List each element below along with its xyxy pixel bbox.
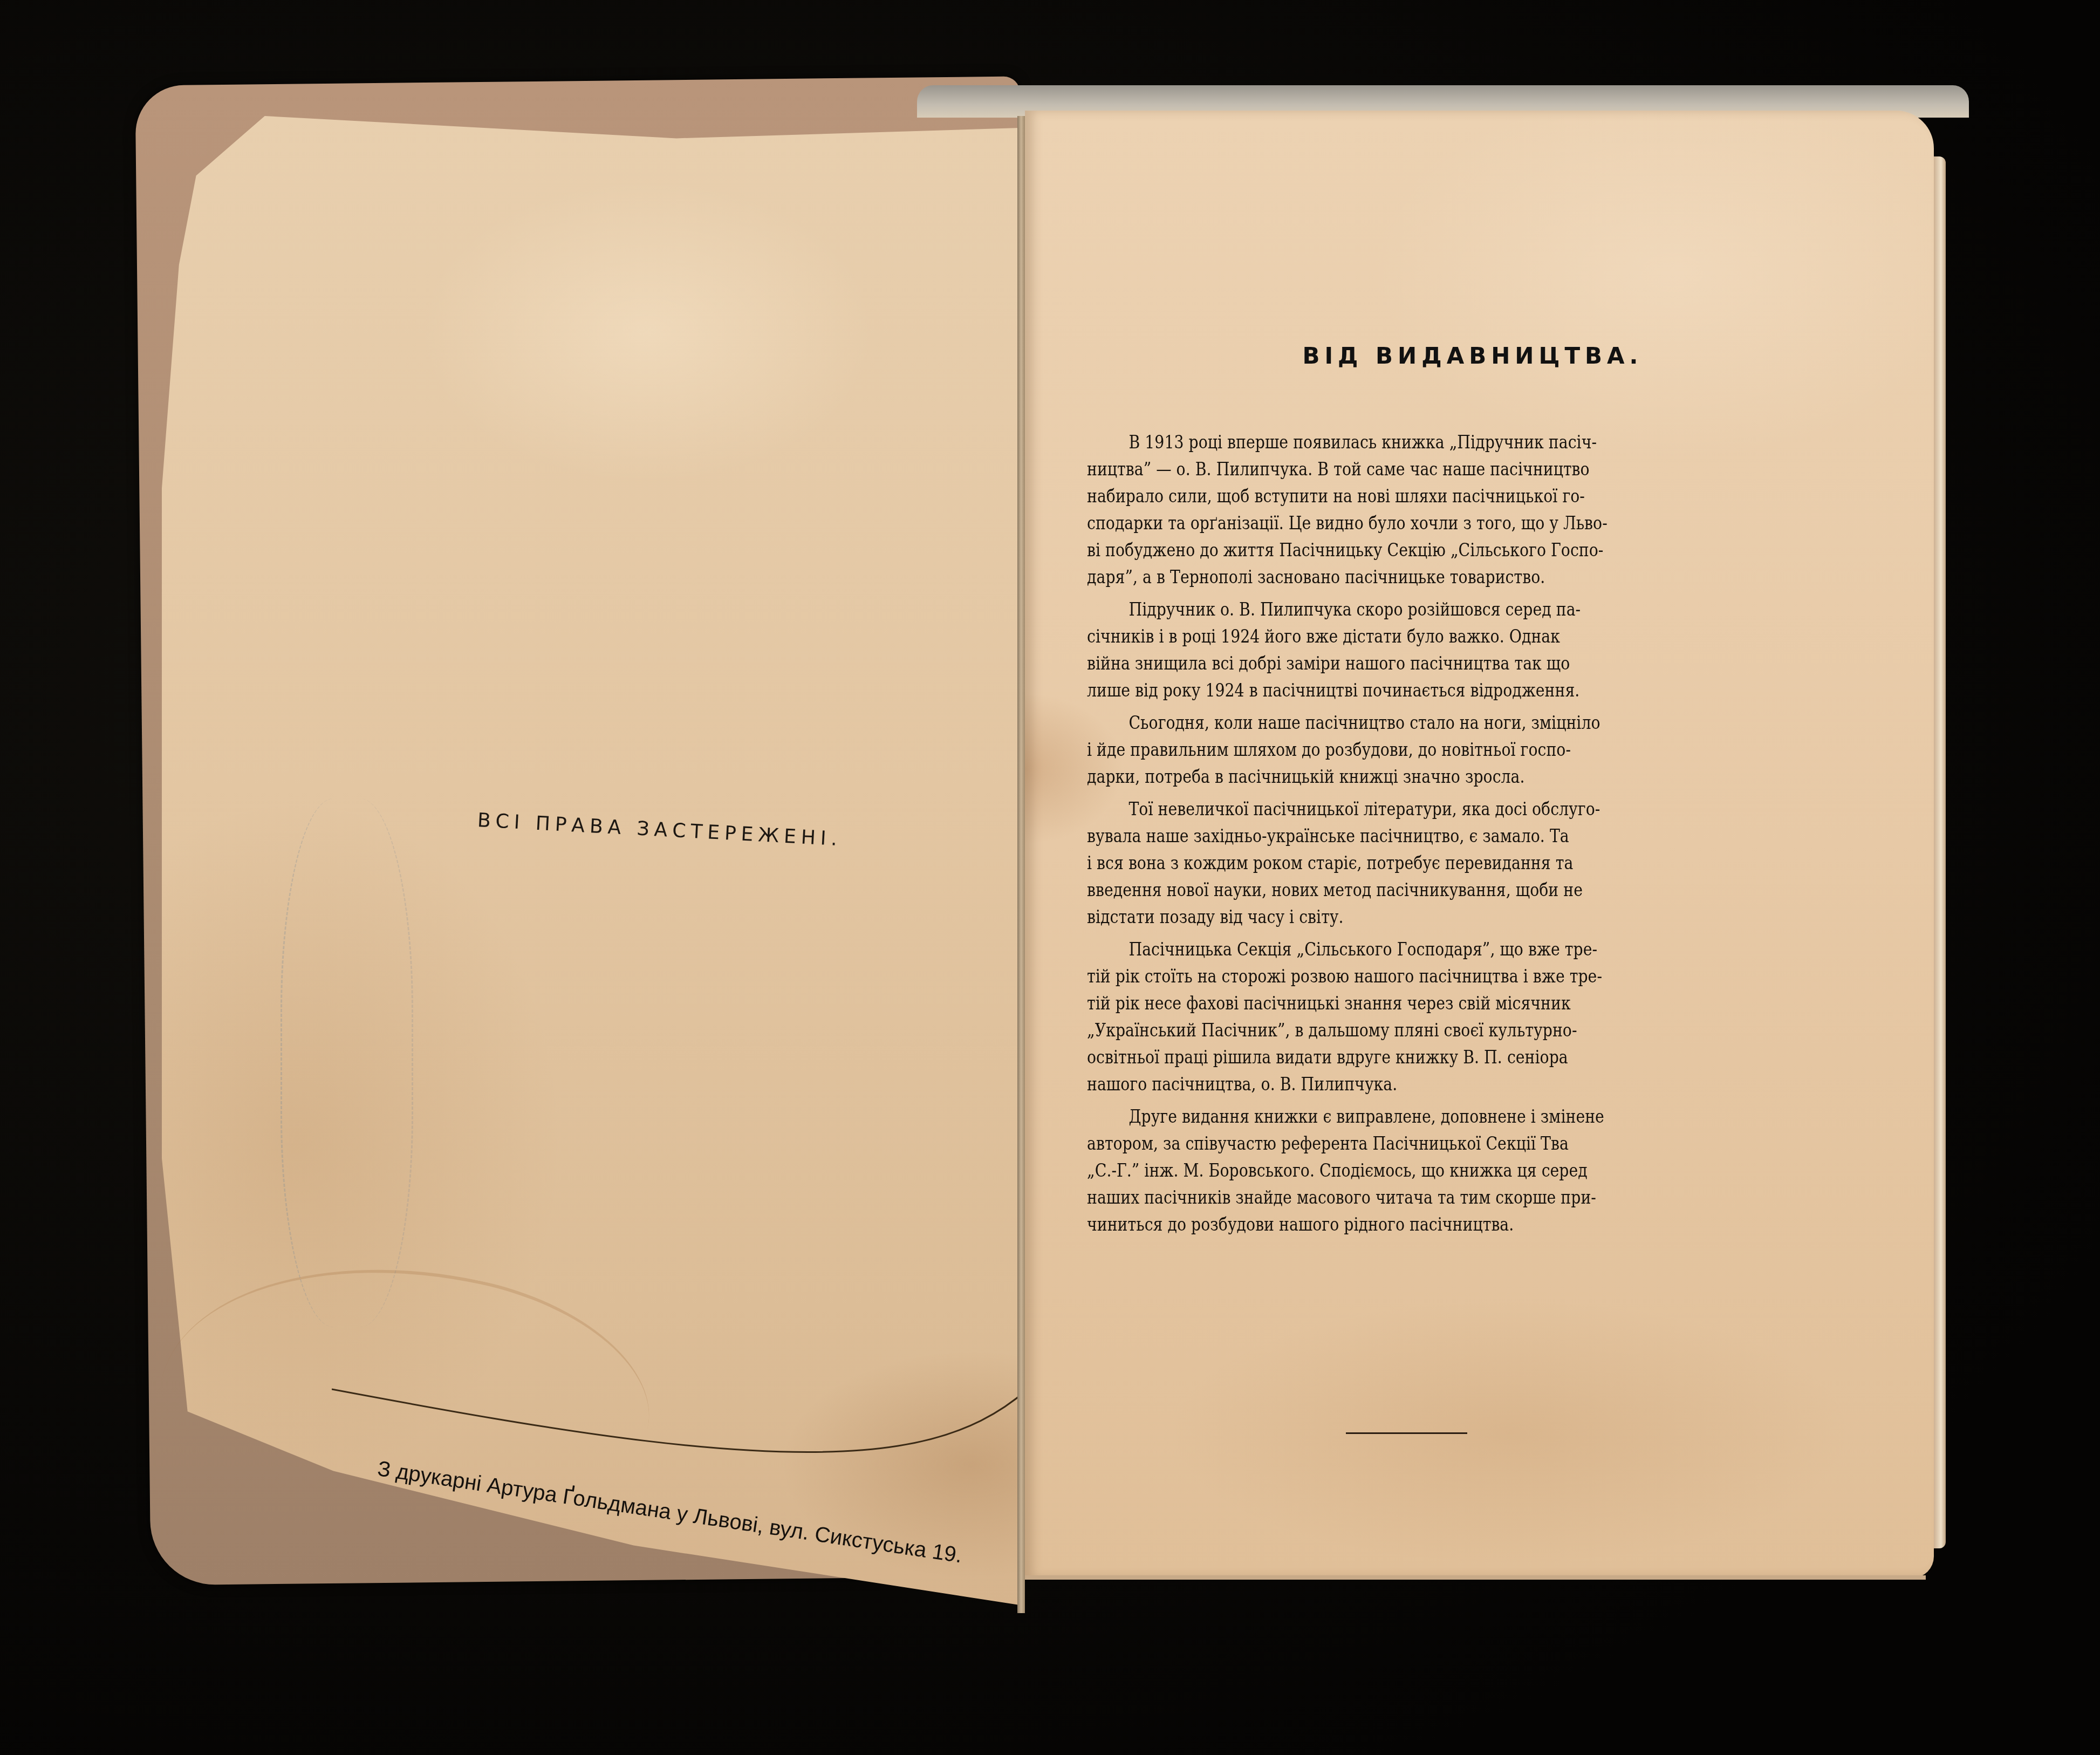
paragraph: Підручник о. В. Пилипчука скоро розійшов… [1087,596,1725,704]
text-line: війна знищила всі добрі заміри нашого па… [1087,650,1725,677]
text-line: Тої невеличкої пасічницької літератури, … [1087,796,1725,823]
paragraph: Пасічницька Секція „Сільського Господаря… [1087,936,1725,1098]
foreword-body: В 1913 році вперше появилась книжка „Під… [1087,429,1725,1244]
text-line: січників і в році 1924 його вже дістати … [1087,623,1725,650]
text-line: введення нової науки, нових метод пасічн… [1087,877,1725,904]
paragraph: Тої невеличкої пасічницької літератури, … [1087,796,1725,931]
paragraph-gap [1087,591,1725,596]
imprint-rule [332,1387,1028,1457]
text-line: даря”, а в Тернополі засновано пасічниць… [1087,564,1725,591]
text-line: ництва” — о. В. Пилипчука. В той саме ча… [1087,456,1725,483]
bottom-edge [1025,1575,1926,1580]
page-heading: ВІД ВИДАВНИЦТВА. [1230,343,1715,369]
paragraph-gap [1087,790,1725,796]
text-line: тій рік несе фахові пасічницькі знання ч… [1087,990,1725,1017]
text-line: освітньої праці рішила видати вдруге кни… [1087,1044,1725,1071]
text-line: Друге видання книжки є виправлене, допов… [1087,1103,1725,1130]
paragraph-gap [1087,704,1725,709]
text-line: чиниться до розбудови нашого рідного пас… [1087,1211,1725,1238]
text-line: Сьогодня, коли наше пасічництво стало на… [1087,709,1725,736]
text-line: тій рік стоїть на сторожі розвою нашого … [1087,963,1725,990]
text-line: і вся вона з кождим роком старіє, потреб… [1087,850,1725,877]
fore-edge [1934,156,1946,1548]
text-line: „С.-Г.” інж. М. Боровського. Сподіємось,… [1087,1157,1725,1184]
text-line: і йде правильним шляхом до розбудови, до… [1087,736,1725,763]
paragraph-gap [1087,1098,1725,1103]
text-line: вувала наше західньо-українське пасічниц… [1087,823,1725,850]
text-line: відстати позаду від часу і світу. [1087,904,1725,931]
text-line: автором, за співучастю референта Пасічни… [1087,1130,1725,1157]
text-line: лише від року 1924 в пасічництві починає… [1087,677,1725,704]
text-line: ві побуджено до життя Пасічницьку Секцію… [1087,537,1725,564]
text-line: Пасічницька Секція „Сільського Господаря… [1087,936,1725,963]
paragraph-gap [1087,1238,1725,1244]
text-line: дарки, потреба в пасічницькій книжці зна… [1087,763,1725,790]
pencil-marking [281,798,413,1327]
right-page: ВІД ВИДАВНИЦТВА. В 1913 році вперше появ… [1025,111,1934,1578]
paragraph: Друге видання книжки є виправлене, допов… [1087,1103,1725,1238]
book-gutter [1017,116,1025,1613]
paragraph: Сьогодня, коли наше пасічництво стало на… [1087,709,1725,790]
text-line: сподарки та орґанізації. Це видно було х… [1087,510,1725,537]
end-rule [1346,1432,1467,1434]
text-line: „Український Пасічник”, в дальшому пляні… [1087,1017,1725,1044]
paragraph-gap [1087,931,1725,936]
text-line: В 1913 році вперше появилась книжка „Під… [1087,429,1725,456]
text-line: Підручник о. В. Пилипчука скоро розійшов… [1087,596,1725,623]
text-line: набирало сили, щоб вступити на нові шлях… [1087,483,1725,510]
paragraph: В 1913 році вперше появилась книжка „Під… [1087,429,1725,591]
text-line: нашого пасічництва, о. В. Пилипчука. [1087,1071,1725,1098]
text-line: наших пасічників знайде масового читача … [1087,1184,1725,1211]
